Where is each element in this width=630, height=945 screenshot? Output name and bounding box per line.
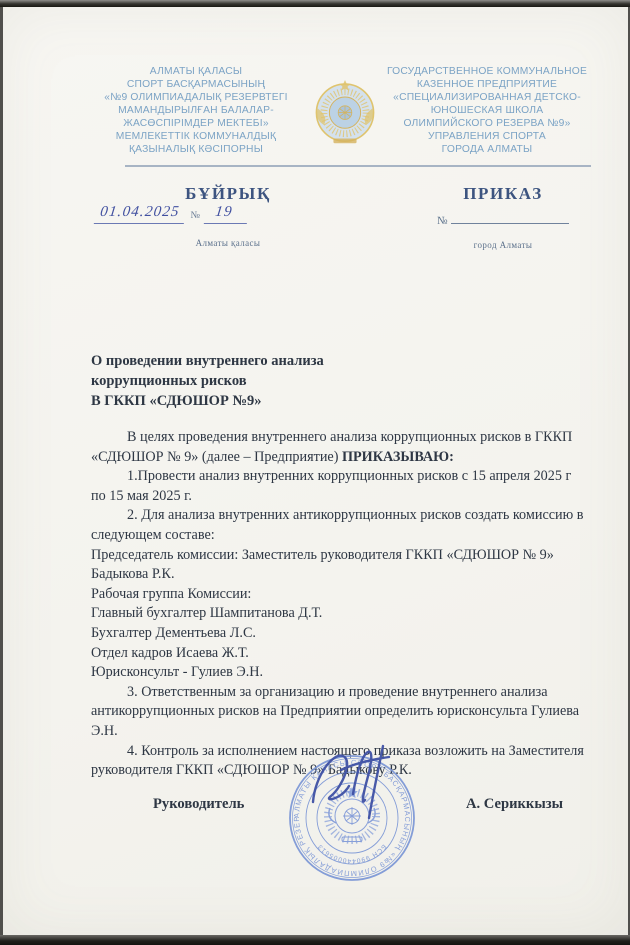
letterhead-divider [125, 165, 591, 167]
scan-edge-bottom [0, 935, 630, 945]
prikazyvayu-keyword: ПРИКАЗЫВАЮ: [342, 449, 454, 465]
pen-signature [291, 740, 431, 830]
order-number-blank-row: № [437, 211, 587, 227]
handwritten-date: 01.04.2025 [94, 204, 186, 224]
number-sign-ru: № [437, 215, 448, 227]
order-item-2: 2. Для анализа внутренних антикоррупцион… [91, 506, 587, 545]
scan-edge-top [0, 0, 630, 7]
committee-member-4: Юрисконсульт - Гулиев Э.Н. [91, 663, 587, 683]
committee-group-label: Рабочая группа Комиссии: [91, 585, 587, 605]
place-label-russian: город Алматы [423, 240, 583, 250]
org-name-russian: ГОСУДАРСТВЕННОЕ КОММУНАЛЬНОЕ КАЗЕННОЕ ПР… [375, 65, 599, 156]
number-sign: № [191, 210, 201, 221]
place-label-kazakh: Алматы қаласы [138, 238, 318, 248]
kazakhstan-emblem-icon [311, 78, 379, 150]
committee-chair: Председатель комиссии: Заместитель руков… [91, 546, 587, 585]
committee-member-2: Бухгалтер Дементьева Л.С. [91, 624, 587, 644]
order-item-1: 1.Провести анализ внутренних коррупционн… [91, 467, 587, 506]
order-date-number-row: 01.04.2025 № 19 [95, 204, 295, 224]
intro-text: В целях проведения внутреннего анализа к… [91, 429, 572, 465]
signer-role: Руководитель [153, 796, 244, 813]
number-blank-line [451, 211, 569, 224]
committee-list: Председатель комиссии: Заместитель руков… [91, 546, 587, 683]
intro-paragraph: В целях проведения внутреннего анализа к… [91, 428, 587, 467]
committee-member-1: Главный бухгалтер Шампитанова Д.Т. [91, 604, 587, 624]
order-subject: О проведении внутреннего анализа коррупц… [91, 351, 587, 411]
committee-member-3: Отдел кадров Исаева Ж.Т. [91, 644, 587, 664]
order-item-3: 3. Ответственным за организацию и провед… [91, 683, 587, 742]
signer-name: А. Сериккызы [466, 796, 563, 813]
handwritten-number: 19 [204, 204, 250, 224]
order-title-kazakh: БҰЙРЫҚ [138, 184, 318, 204]
order-title-russian: ПРИКАЗ [418, 184, 588, 204]
org-name-kazakh: АЛМАТЫ ҚАЛАСЫ СПОРТ БАСҚАРМАСЫНЫҢ «№9 ОЛ… [75, 65, 317, 156]
document-page: АЛМАТЫ ҚАЛАСЫ СПОРТ БАСҚАРМАСЫНЫҢ «№9 ОЛ… [3, 7, 628, 935]
